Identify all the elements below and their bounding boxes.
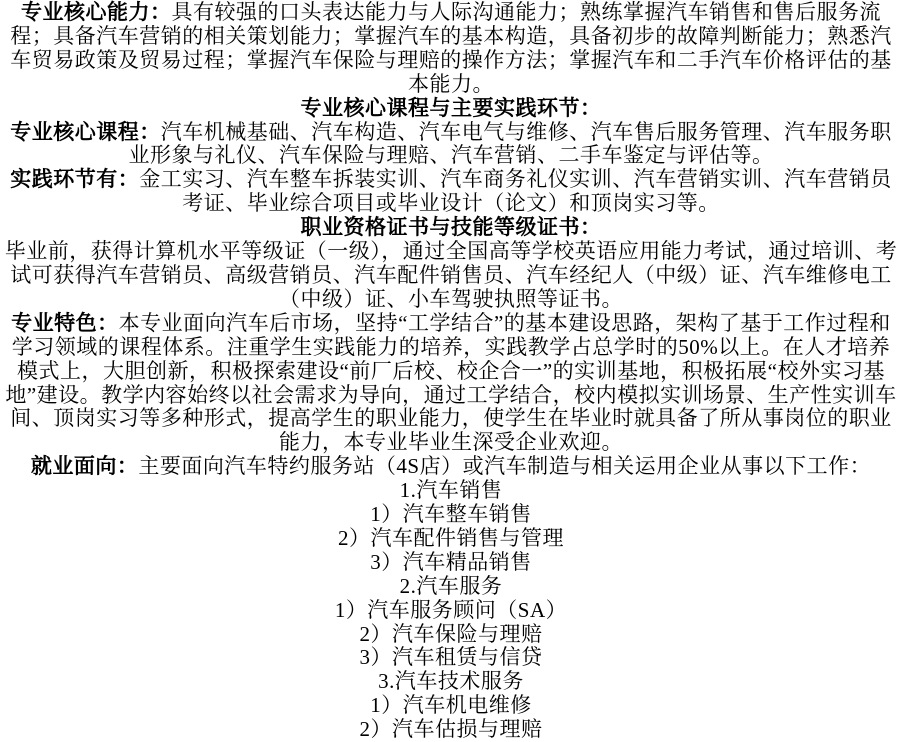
paragraph-text: 2）汽车估损与理赔: [360, 717, 543, 741]
paragraph-text: 本专业面向汽车后市场，坚持“工学结合”的基本建设思路，架构了基于工作过程和学习领…: [5, 311, 896, 455]
list-line-16: 3.汽车技术服务: [4, 670, 898, 694]
paragraph-text: 主要面向汽车特约服务站（4S店）或汽车制造与相关运用企业从事以下工作：: [138, 454, 871, 478]
paragraph-text: 汽车机械基础、汽车构造、汽车电气与维修、汽车售后服务管理、汽车服务职业形象与礼仪…: [129, 120, 892, 168]
paragraph-3: 实践环节有：金工实习、汽车整车拆装实训、汽车商务礼仪实训、汽车营销实训、汽车营销…: [4, 168, 898, 216]
list-line-10: 2）汽车配件销售与管理: [4, 527, 898, 551]
heading-4: 职业资格证书与技能等级证书：: [4, 216, 898, 240]
list-line-11: 3）汽车精品销售: [4, 551, 898, 575]
paragraph-text: 2）汽车保险与理赔: [360, 622, 543, 646]
list-line-9: 1）汽车整车销售: [4, 503, 898, 527]
paragraph-text: 2）汽车配件销售与管理: [338, 526, 564, 550]
list-line-12: 2.汽车服务: [4, 575, 898, 599]
list-line-15: 3）汽车租赁与信贷: [4, 646, 898, 670]
paragraph-label: 专业核心能力：: [21, 0, 172, 24]
paragraph-0: 专业核心能力：具有较强的口头表达能力与人际沟通能力；熟练掌握汽车销售和售后服务流…: [4, 1, 898, 97]
list-line-8: 1.汽车销售: [4, 479, 898, 503]
heading-1: 专业核心课程与主要实践环节：: [4, 97, 898, 121]
paragraph-text: 3.汽车技术服务: [378, 669, 524, 693]
paragraph-text: 1）汽车整车销售: [370, 502, 532, 526]
list-line-14: 2）汽车保险与理赔: [4, 623, 898, 647]
paragraph-7: 就业面向：主要面向汽车特约服务站（4S店）或汽车制造与相关运用企业从事以下工作：: [4, 455, 898, 479]
list-line-13: 1）汽车服务顾问（SA）: [4, 599, 898, 623]
paragraph-label: 专业特色：: [11, 311, 119, 335]
paragraph-label: 实践环节有：: [10, 167, 139, 191]
document-body: 专业核心能力：具有较强的口头表达能力与人际沟通能力；熟练掌握汽车销售和售后服务流…: [0, 0, 902, 742]
paragraph-text: 1）汽车服务顾问（SA）: [335, 598, 567, 622]
paragraph-text: 2.汽车服务: [400, 574, 503, 598]
paragraph-5: 毕业前，获得计算机水平等级证（一级），通过全国高等学校英语应用能力考试，通过培训…: [4, 240, 898, 312]
list-line-18: 2）汽车估损与理赔: [4, 718, 898, 742]
paragraph-text: 1.汽车销售: [400, 478, 503, 502]
paragraph-text: 1）汽车机电维修: [370, 693, 532, 717]
paragraph-text: 金工实习、汽车整车拆装实训、汽车商务礼仪实训、汽车营销实训、汽车营销员考证、毕业…: [139, 167, 892, 215]
paragraph-2: 专业核心课程：汽车机械基础、汽车构造、汽车电气与维修、汽车售后服务管理、汽车服务…: [4, 121, 898, 169]
paragraph-text: 毕业前，获得计算机水平等级证（一级），通过全国高等学校英语应用能力考试，通过培训…: [5, 239, 898, 311]
heading-text: 专业核心课程与主要实践环节：: [301, 96, 602, 120]
list-line-17: 1）汽车机电维修: [4, 694, 898, 718]
paragraph-6: 专业特色：本专业面向汽车后市场，坚持“工学结合”的基本建设思路，架构了基于工作过…: [4, 312, 898, 455]
paragraph-label: 专业核心课程：: [10, 120, 161, 144]
paragraph-label: 就业面向：: [31, 454, 139, 478]
heading-text: 职业资格证书与技能等级证书：: [301, 215, 602, 239]
paragraph-text: 3）汽车精品销售: [370, 550, 532, 574]
paragraph-text: 3）汽车租赁与信贷: [360, 645, 543, 669]
